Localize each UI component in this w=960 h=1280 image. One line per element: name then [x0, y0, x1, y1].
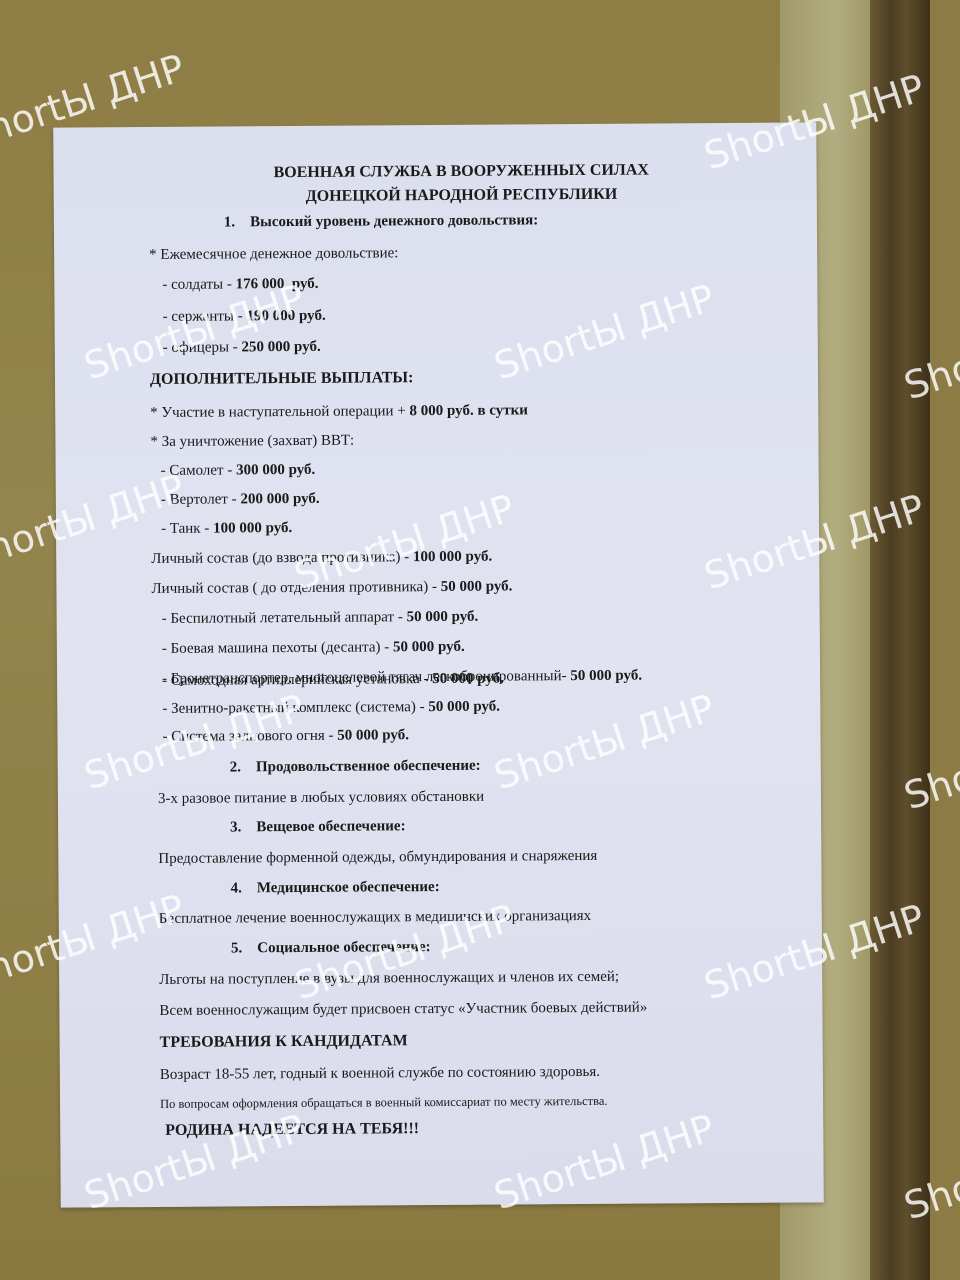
destroy-intro: * За уничтожение (захват) ВВТ: [150, 433, 354, 451]
bounty-item: - Танк - 100 000 руб. [161, 520, 292, 538]
section5-heading: 5. Социальное обеспечение: [231, 939, 431, 957]
pay-sergeants: - сержанты - 190 000 руб. [163, 308, 326, 326]
bounty-item: - Вертолет - 200 000 руб. [161, 491, 320, 509]
title-line-1: ВОЕННАЯ СЛУЖБА В ВООРУЖЕННЫХ СИЛАХ [273, 162, 649, 183]
bounty-item: Личный состав (до взвода противника) - 1… [151, 549, 492, 568]
bounty-item: - Боевая машина пехоты (десанта) - 50 00… [162, 639, 465, 658]
pay-soldiers: - солдаты - 176 000 руб. [162, 276, 318, 294]
monthly-pay-intro: * Ежемесячное денежное довольствие: [149, 245, 398, 264]
door-frame [870, 0, 930, 1280]
section5-text2: Всем военнослужащим будет присвоен стату… [159, 1000, 647, 1020]
section3-heading: 3. Вещевое обеспечение: [230, 818, 406, 836]
section2-text: 3-х разовое питание в любых условиях обс… [158, 789, 484, 808]
offensive-bonus: * Участие в наступательной операции + 8 … [150, 402, 528, 422]
requirements-heading: ТРЕБОВАНИЯ К КАНДИДАТАМ [160, 1032, 408, 1052]
requirements-age: Возраст 18-55 лет, годный к военной служ… [160, 1064, 600, 1084]
slogan: РОДИНА НАДЕЕТСЯ НА ТЕБЯ!!! [165, 1120, 419, 1140]
recruitment-poster: ВОЕННАЯ СЛУЖБА В ВООРУЖЕННЫХ СИЛАХ ДОНЕЦ… [53, 122, 824, 1207]
section4-text: Бесплатное лечение военнослужащих в меди… [159, 908, 591, 928]
section4-heading: 4. Медицинское обеспечение: [230, 879, 439, 897]
section3-text: Предоставление форменной одежды, обмунди… [158, 848, 597, 868]
section1-heading: 1. Высокий уровень денежного довольствия… [224, 212, 538, 231]
bounty-item: - Зенитно-ракетный комплекс (система) - … [162, 699, 500, 718]
bounty-item: - Беспилотный летательный аппарат - 50 0… [162, 609, 479, 628]
door-panel [930, 0, 960, 1280]
title-line-2: ДОНЕЦКОЙ НАРОДНОЙ РЕСПУБЛИКИ [306, 186, 618, 206]
bounty-item: - Самолет - 300 000 руб. [161, 462, 316, 480]
requirements-contact: По вопросам оформления обращаться в воен… [160, 1094, 608, 1112]
pay-officers: - офицеры - 250 000 руб. [163, 339, 321, 357]
extra-payments-heading: ДОПОЛНИТЕЛЬНЫЕ ВЫПЛАТЫ: [150, 369, 414, 389]
section5-text1: Льготы на поступление в вузы для военнос… [159, 969, 619, 989]
bounty-item: - Самоходная артиллерийская установка - … [162, 671, 504, 690]
bounty-item: Личный состав ( до отделения противника)… [151, 578, 512, 598]
bounty-item: - Система залпового огня - 50 000 руб. [162, 727, 409, 746]
section2-heading: 2. Продовольственное обеспечение: [230, 758, 481, 777]
